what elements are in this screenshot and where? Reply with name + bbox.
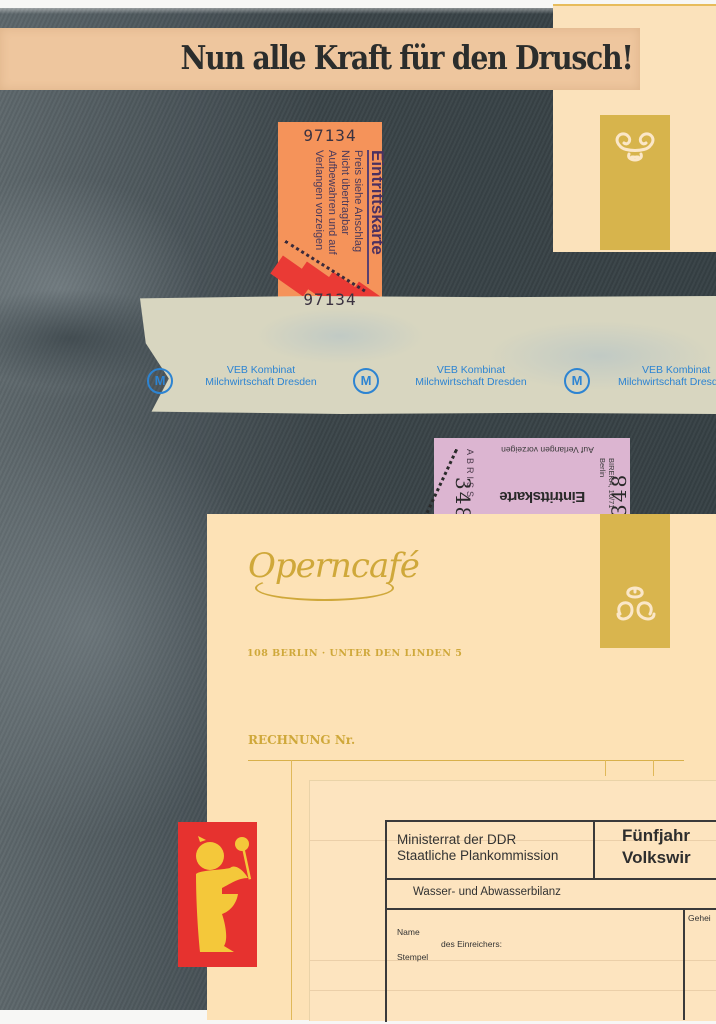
invoice-column-line xyxy=(291,760,292,1020)
tape-label-line1: VEB Kombinat xyxy=(196,364,326,376)
ticket-number-top: 97134 xyxy=(278,126,382,145)
form-field-stempel: Stempel xyxy=(397,952,428,962)
logo-swash xyxy=(255,575,394,601)
form-field-einreicher: des Einreichers: xyxy=(441,939,502,949)
tape-label: VEB Kombinat Milchwirtschaft Dresden xyxy=(618,364,716,388)
invoice-number-label: RECHNUNG Nr. xyxy=(248,733,355,747)
masking-tape-strip xyxy=(140,296,716,414)
tape-label-line2: Milchwirtschaft Dresden xyxy=(618,376,716,388)
ticket-line: Aufbewahren und auf xyxy=(325,150,338,284)
tape-label: VEB Kombinat Milchwirtschaft Dresden xyxy=(196,364,326,388)
tape-label-line2: Milchwirtschaft Dresden xyxy=(404,376,538,388)
ticket-number-bottom: 97134 xyxy=(278,290,382,309)
tape-label-line1: VEB Kombinat xyxy=(404,364,538,376)
milk-logo-icon: M xyxy=(147,368,173,394)
ornament-icon xyxy=(600,128,670,177)
ticket-title: Eintrittskarte xyxy=(367,150,384,284)
form-divider xyxy=(385,878,716,880)
form-divider xyxy=(683,908,685,1020)
ticket-text-block: Eintrittskarte Preis siehe Anschlag Nich… xyxy=(286,150,384,284)
ticket-title: Eintrittskarte xyxy=(480,488,605,505)
invoice-column-line xyxy=(653,760,654,776)
milk-logo-icon: M xyxy=(564,368,590,394)
ticket-number: 348 xyxy=(607,463,631,517)
invoice-address: 108 BERLIN · UNTER DEN LINDEN 5 xyxy=(247,648,462,659)
child-with-lollipop-icon xyxy=(178,822,257,967)
ornament-icon xyxy=(600,582,670,635)
form-org-line2: Staatliche Plankommission xyxy=(397,848,558,863)
form-title-line2: Volkswir xyxy=(622,848,691,868)
invoice-column-line xyxy=(605,760,606,776)
ticket-note: Auf Verlangen vorzeigen xyxy=(490,445,605,455)
form-divider xyxy=(385,908,716,910)
invoice-rule xyxy=(248,760,684,761)
form-field-name: Name xyxy=(397,927,420,937)
form-field-geheim: Gehei xyxy=(688,913,711,923)
ticket-line: Preis siehe Anschlag xyxy=(351,150,364,284)
form-divider xyxy=(593,820,595,878)
milk-logo-icon: M xyxy=(353,368,379,394)
form-org-line1: Ministerrat der DDR xyxy=(397,832,516,847)
headline-text: Nun alle Kraft für den Drusch! xyxy=(89,38,636,77)
form-title-line1: Fünfjahr xyxy=(622,826,690,846)
tape-label: VEB Kombinat Milchwirtschaft Dresden xyxy=(404,364,538,388)
tape-label-line1: VEB Kombinat xyxy=(618,364,716,376)
ticket-line: Nicht übertragbar xyxy=(338,150,351,284)
form-subject: Wasser- und Abwasserbilanz xyxy=(413,886,561,898)
tape-label-line2: Milchwirtschaft Dresden xyxy=(196,376,326,388)
